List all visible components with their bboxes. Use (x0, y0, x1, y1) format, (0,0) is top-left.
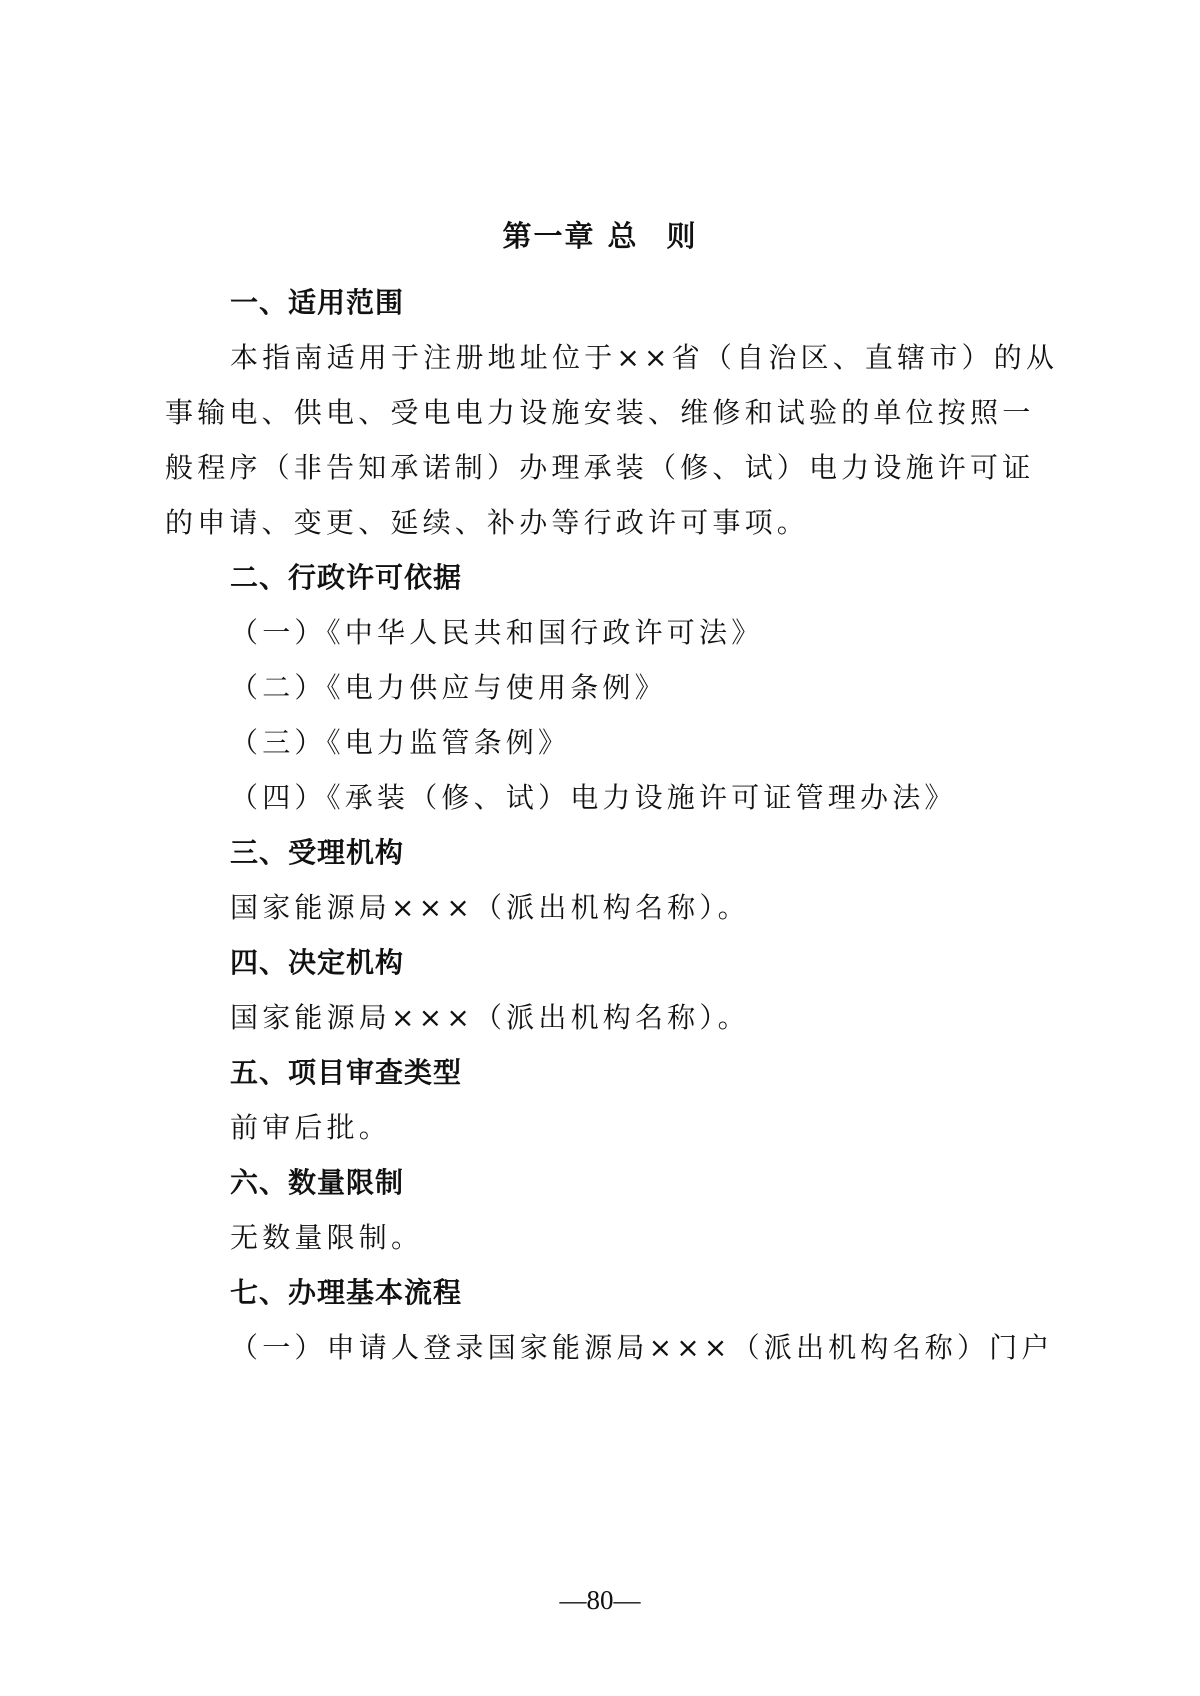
section-heading-legal-basis: 二、行政许可依据 (230, 558, 1110, 598)
body-line: 国家能源局×××（派出机构名称）。 (230, 998, 1110, 1038)
process-step: （一）申请人登录国家能源局×××（派出机构名称）门户 (230, 1328, 1110, 1368)
section-heading-review-type: 五、项目审查类型 (230, 1053, 1110, 1093)
chapter-title-part: 则 (667, 219, 698, 253)
body-line: 前审后批。 (230, 1108, 1110, 1148)
body-line: 般程序（非告知承诺制）办理承装（修、试）电力设施许可证 (165, 448, 1045, 488)
body-line: 国家能源局×××（派出机构名称）。 (230, 888, 1110, 928)
section-heading-basic-process: 七、办理基本流程 (230, 1273, 1110, 1313)
chapter-title: 第一章总则 (0, 214, 1200, 255)
body-line: 无数量限制。 (230, 1218, 1110, 1258)
legal-basis-item: （三）《电力监管条例》 (230, 723, 1110, 763)
section-heading-deciding-agency: 四、决定机构 (230, 943, 1110, 983)
body-line: 本指南适用于注册地址位于××省（自治区、直辖市）的从 (230, 338, 1110, 378)
legal-basis-item: （一）《中华人民共和国行政许可法》 (230, 613, 1110, 653)
section-heading-quantity-limit: 六、数量限制 (230, 1163, 1110, 1203)
document-page: 第一章总则 一、适用范围 本指南适用于注册地址位于××省（自治区、直辖市）的从 … (0, 0, 1200, 1696)
body-line: 的申请、变更、延续、补办等行政许可事项。 (165, 503, 1045, 543)
body-line: 事输电、供电、受电电力设施安装、维修和试验的单位按照一 (165, 393, 1045, 433)
chapter-title-part: 总 (607, 219, 638, 253)
chapter-title-part: 第一章 (502, 219, 595, 253)
legal-basis-item: （二）《电力供应与使用条例》 (230, 668, 1110, 708)
page-number: —80— (0, 1585, 1200, 1616)
section-heading-scope: 一、适用范围 (230, 283, 1110, 323)
legal-basis-item: （四）《承装（修、试）电力设施许可证管理办法》 (230, 778, 1110, 818)
section-heading-accepting-agency: 三、受理机构 (230, 833, 1110, 873)
